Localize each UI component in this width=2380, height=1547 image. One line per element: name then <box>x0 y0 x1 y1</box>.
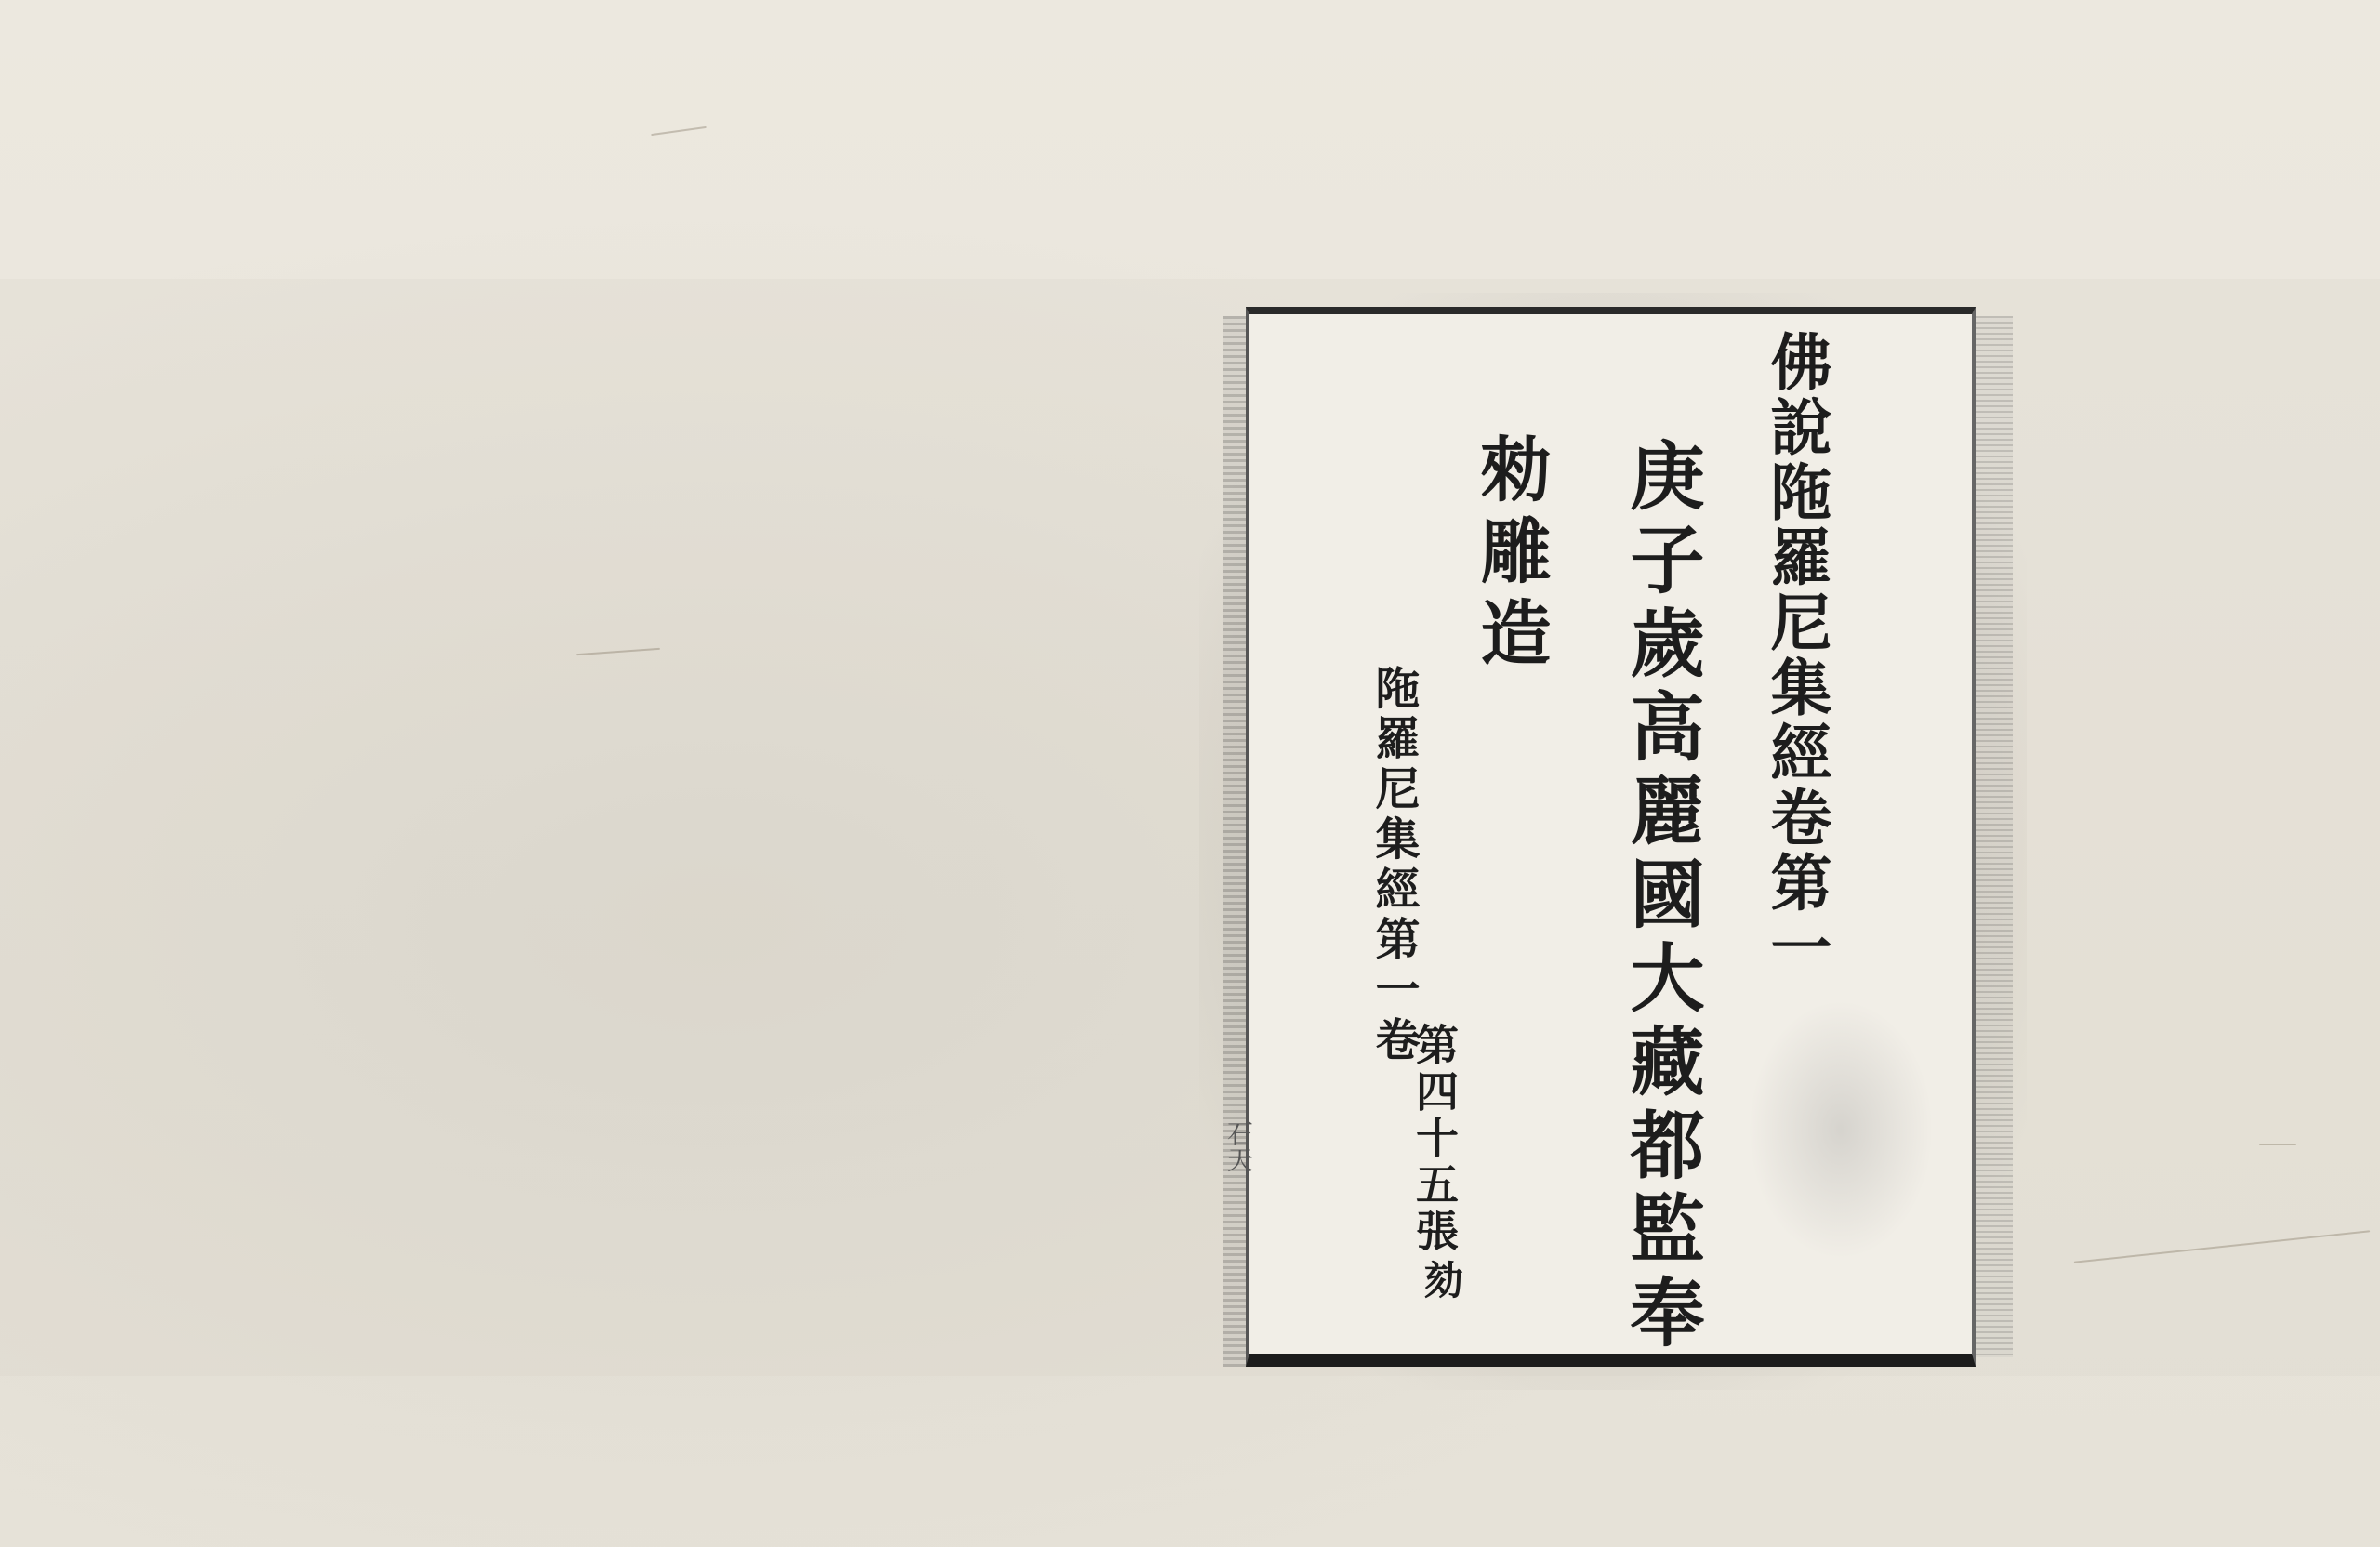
carver-name: 劾 <box>1413 1260 1469 1299</box>
folio-number-column: 第四十五張 <box>1404 1023 1465 1255</box>
sutra-title-column: 佛說陁羅尼集經卷第一 <box>1752 330 1841 981</box>
block-edge-mark: 石天 <box>1220 1120 1257 1172</box>
colophon-edict-column: 勑雕造 <box>1460 432 1561 678</box>
faded-stamp <box>1748 999 1934 1260</box>
block-edge-right <box>1976 316 2013 1357</box>
paper-fiber <box>2259 1144 2296 1145</box>
marginal-title-column: 陁羅尼集經第一卷 <box>1362 665 1426 1066</box>
colophon-main-column: 庚子歲高麗國大藏都監奉 <box>1608 437 1715 1357</box>
